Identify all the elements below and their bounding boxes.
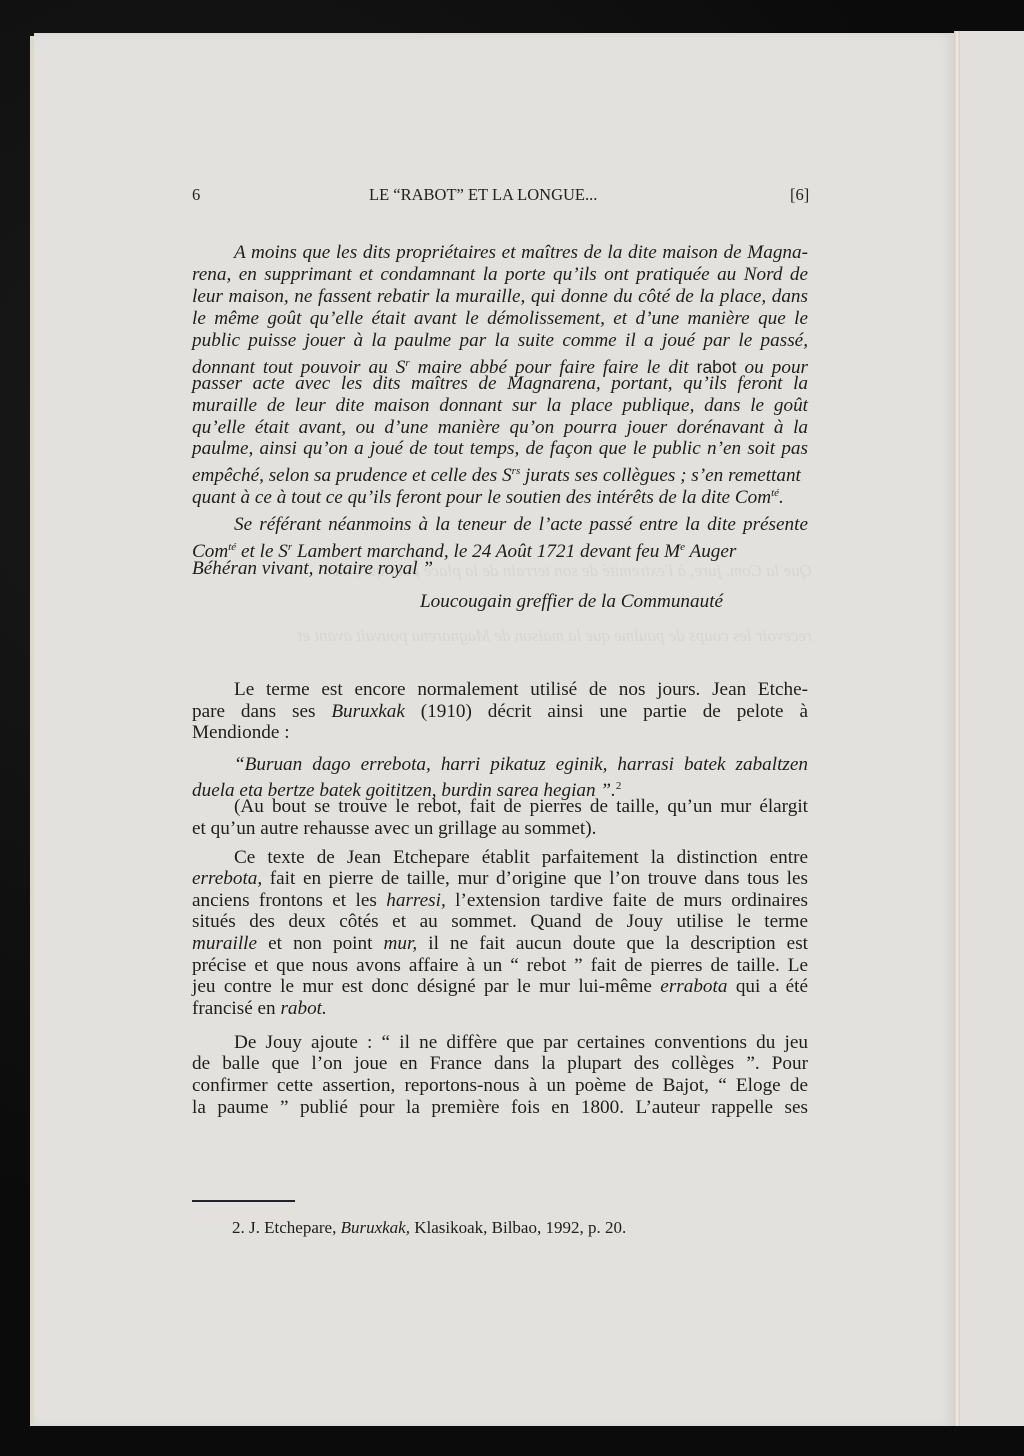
superscript: té: [228, 541, 236, 553]
body-line: Mendionde :: [192, 722, 808, 744]
text-span: (1910) décrit ainsi une partie de pelote…: [405, 701, 808, 722]
quote-line: muraille de leur dite maison donnant sur…: [192, 395, 808, 417]
text-span: il ne fait aucun doute que la descriptio…: [417, 933, 808, 954]
superscript: té: [771, 487, 779, 499]
body-line: Ce texte de Jean Etchepare établit parfa…: [234, 847, 808, 869]
body-line: de balle que l’on joue en France dans la…: [192, 1053, 808, 1075]
italic-term: rabot.: [280, 998, 326, 1019]
body-line: Le terme est encore normalement utilisé …: [234, 679, 808, 701]
text-span: jeu contre le mur est donc désigné par l…: [192, 976, 660, 997]
italic-term: harresi,: [386, 890, 446, 911]
footnote-rule: [192, 1200, 295, 1202]
text-span: et non point: [257, 933, 384, 954]
footnote: 2. J. Etchepare, Buruxkak, Klasikoak, Bi…: [232, 1218, 626, 1238]
body-line: situés des deux côtés et au sommet. Quan…: [192, 911, 808, 933]
quote-line: Se référant néanmoins à la teneur de l’a…: [234, 514, 808, 536]
quote-line: leur maison, ne fassent rebatir la murai…: [192, 286, 808, 308]
body-line: jeu contre le mur est donc désigné par l…: [192, 976, 808, 998]
italic-title: Buruxkak: [331, 701, 405, 722]
quote-line: public puisse jouer à la paulme par la s…: [192, 330, 808, 352]
quote-line: Béhéran vivant, notaire royal ”: [192, 558, 808, 580]
italic-term: mur,: [384, 933, 418, 954]
body-line: pare dans ses Buruxkak (1910) décrit ain…: [192, 701, 808, 723]
text-span: francisé en: [192, 998, 280, 1019]
body-line: De Jouy ajoute : “ il ne diffère que par…: [234, 1032, 808, 1054]
bracket-page-number: [6]: [790, 185, 809, 205]
text-span: l’extension tardive faite de murs ordina…: [446, 890, 808, 911]
quote-line: qu’elle était avant, ou d’une manière qu…: [192, 417, 808, 439]
body-line: la paume ” publié pour la première fois …: [192, 1097, 808, 1119]
quote-line: A moins que les dits propriétaires et ma…: [234, 242, 808, 264]
body-line: précise et que nous avons affaire à un “…: [192, 955, 808, 977]
translation-line: (Au bout se trouve le rebot, fait de pie…: [234, 796, 808, 818]
body-line: muraille et non point mur, il ne fait au…: [192, 933, 808, 955]
text-span: anciens frontons et les: [192, 890, 386, 911]
quote-line: paulme, ainsi qu’on a joué de tout temps…: [192, 438, 808, 460]
quote-line: rena, en supprimant et condamnant la por…: [192, 264, 808, 286]
body-line: confirmer cette assertion, reportons-nou…: [192, 1075, 808, 1097]
text-span: .: [779, 487, 784, 508]
body-line: francisé en rabot.: [192, 998, 808, 1020]
page-number: 6: [192, 185, 200, 205]
italic-term: errabota: [660, 976, 727, 997]
quote-line: quant à ce à tout ce qu’ils feront pour …: [192, 482, 808, 509]
footnote-reference[interactable]: 2: [616, 780, 622, 792]
translation-line: et qu’un autre rehausse avec un grillage…: [192, 818, 808, 840]
quote-line: passer acte avec les dits maîtres de Mag…: [192, 373, 808, 395]
signature: Loucougain greffier de la Communauté: [420, 591, 820, 613]
show-through-text: recevoir les coups de paulme que la mais…: [192, 625, 812, 646]
text-span: Klasikoak, Bilbao, 1992, p. 20.: [410, 1218, 626, 1237]
italic-title: Buruxkak,: [341, 1218, 410, 1237]
text-span: qui a été: [727, 976, 808, 997]
text-span: fait en pierre de taille, mur d’origine …: [262, 868, 808, 889]
body-line: anciens frontons et les harresi, l’exten…: [192, 890, 808, 912]
text-span: quant à ce à tout ce qu’ils feront pour …: [192, 487, 771, 508]
text-span: pare dans ses: [192, 701, 331, 722]
book-page-right: [960, 31, 1024, 1426]
basque-quote-line: “Buruan dago errebota, harri pikatuz egi…: [234, 754, 808, 776]
text-span: 2. J. Etchepare,: [232, 1218, 341, 1237]
superscript: rs: [512, 465, 521, 477]
body-line: errebota, fait en pierre de taille, mur …: [192, 868, 808, 890]
italic-term: muraille: [192, 933, 257, 954]
running-title: LE “RABOT” ET LA LONGUE...: [369, 185, 597, 205]
quote-line: le même goût qu’elle était avant le démo…: [192, 308, 808, 330]
italic-term: errebota,: [192, 868, 262, 889]
